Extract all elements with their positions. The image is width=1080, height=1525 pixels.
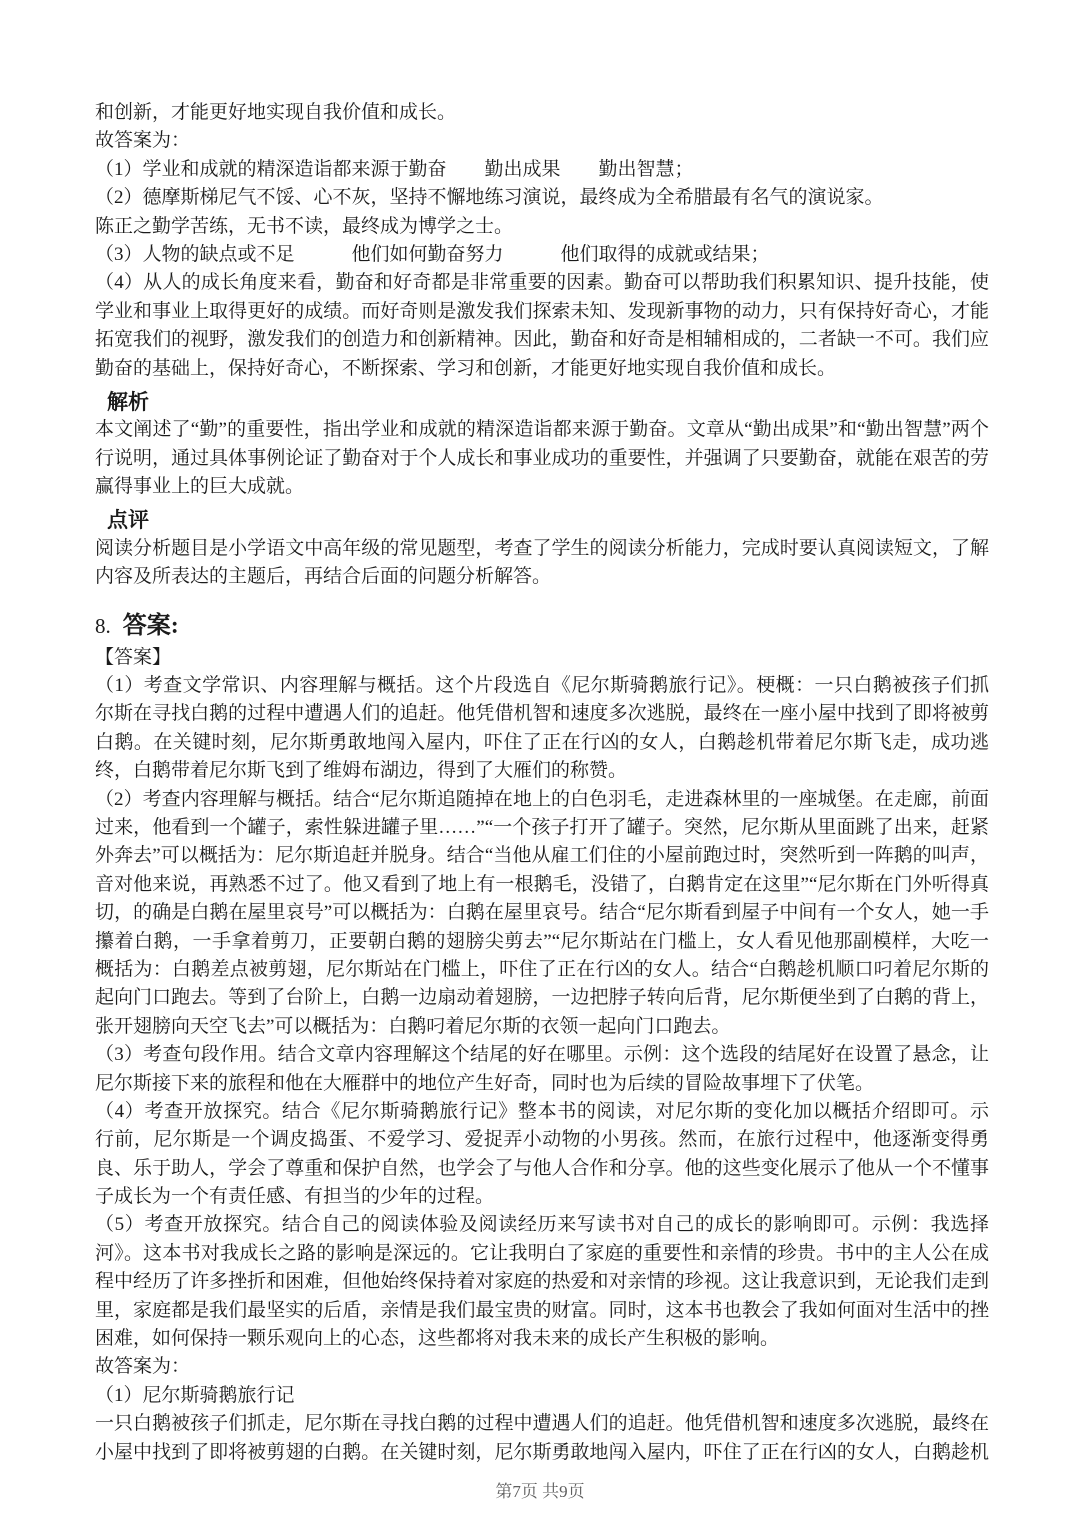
- text-line: （1）尼尔斯骑鹅旅行记: [95, 1382, 989, 1410]
- text-line: 外奔去”可以概括为：尼尔斯追赶并脱身。结合“当他从雇工们住的小屋前跑过时，突然听…: [95, 842, 989, 870]
- text-line: 攥着白鹅，一手拿着剪刀，正要朝白鹅的翅膀尖剪去”“尼尔斯站在门槛上，女人看见他那…: [95, 928, 989, 956]
- text-line: 赢得事业上的巨大成就。: [95, 473, 989, 501]
- text-line: 张开翅膀向天空飞去”可以概括为：白鹅叼着尼尔斯的衣领一起向门口跑去。: [95, 1013, 989, 1041]
- text-line: 切，的确是白鹅在屋里哀号”可以概括为：白鹅在屋里哀号。结合“尼尔斯看到屋子中间有…: [95, 899, 989, 927]
- text-line: 良、乐于助人，学会了尊重和保护自然，也学会了与他人合作和分享。他的这些变化展示了…: [95, 1155, 989, 1183]
- text-line: 过来，他看到一个罐子，索性躲进罐子里……”“一个孩子打开了罐子。突然，尼尔斯从里…: [95, 814, 989, 842]
- text-line: （4）考查开放探究。结合《尼尔斯骑鹅旅行记》整本书的阅读，对尼尔斯的变化加以概括…: [95, 1098, 989, 1126]
- question-number: 8.: [95, 614, 111, 638]
- text-line: 小屋中找到了即将被剪翅的白鹅。在关键时刻，尼尔斯勇敢地闯入屋内，吓住了正在行凶的…: [95, 1439, 989, 1467]
- text-line: 尔斯在寻找白鹅的过程中遭遇人们的追赶。他凭借机智和速度多次逃脱，最终在一座小屋中…: [95, 700, 989, 728]
- scanned-document-page: { "page": { "background": "#ffffff", "te…: [0, 0, 1080, 1525]
- text-line: 里，家庭都是我们最坚实的后盾，亲情是我们最宝贵的财富。同时，这本书也教会了我如何…: [95, 1297, 989, 1325]
- text-line: 困难，如何保持一颗乐观向上的心态，这些都将对我未来的成长产生积极的影响。: [95, 1325, 989, 1353]
- text-line: 一只白鹅被孩子们抓走，尼尔斯在寻找白鹅的过程中遭遇人们的追赶。他凭借机智和速度多…: [95, 1410, 989, 1438]
- text-line: 勤奋的基础上，保持好奇心，不断探索、学习和创新，才能更好地实现自我价值和成长。: [95, 355, 989, 383]
- text-line: 终，白鹅带着尼尔斯飞到了维姆布湖边，得到了大雁们的称赞。: [95, 757, 989, 785]
- text-line: 子成长为一个有责任感、有担当的少年的过程。: [95, 1183, 989, 1211]
- text-line: （2）德摩斯梯尼气不馁、心不灰，坚持不懈地练习演说，最终成为全希腊最有名气的演说…: [95, 184, 989, 212]
- text-line: 程中经历了许多挫折和困难，但他始终保持着对家庭的热爱和对亲情的珍视。这让我意识到…: [95, 1268, 989, 1296]
- text-line: 拓宽我们的视野，激发我们的创造力和创新精神。因此，勤奋和好奇是相辅相成的，二者缺…: [95, 326, 989, 354]
- text-line: 【答案】: [95, 644, 989, 672]
- text-line: 行前，尼尔斯是一个调皮捣蛋、不爱学习、爱捉弄小动物的小男孩。然而，在旅行过程中，…: [95, 1126, 989, 1154]
- text-line: 尼尔斯接下来的旅程和他在大雁群中的地位产生好奇，同时也为后续的冒险故事埋下了伏笔…: [95, 1070, 989, 1098]
- question-heading: 8.答案:: [95, 608, 989, 644]
- text-line: 和创新，才能更好地实现自我价值和成长。: [95, 99, 989, 127]
- text-line: 内容及所表达的主题后，再结合后面的问题分析解答。: [95, 563, 989, 591]
- text-line: （2）考查内容理解与概括。结合“尼尔斯追随掉在地上的白色羽毛，走进森林里的一座城…: [95, 786, 989, 814]
- section-heading: 解析: [95, 388, 989, 416]
- text-line: 河》。这本书对我成长之路的影响是深远的。它让我明白了家庭的重要性和亲情的珍贵。书…: [95, 1240, 989, 1268]
- text-line: 学业和事业上取得更好的成绩。而好奇则是激发我们探索未知、发现新事物的动力，只有保…: [95, 298, 989, 326]
- text-line: （4）从人的成长角度来看，勤奋和好奇都是非常重要的因素。勤奋可以帮助我们积累知识…: [95, 269, 989, 297]
- text-line: （3）人物的缺点或不足 他们如何勤奋努力 他们取得的成就或结果；: [95, 241, 989, 269]
- text-line: 概括为：白鹅差点被剪翅，尼尔斯站在门槛上，吓住了正在行凶的女人。结合“白鹅趁机顺…: [95, 956, 989, 984]
- text-line: （1）考查文学常识、内容理解与概括。这个片段选自《尼尔斯骑鹅旅行记》。梗概：一只…: [95, 672, 989, 700]
- question-label: 答案:: [123, 613, 179, 639]
- text-line: 阅读分析题目是小学语文中高年级的常见题型，考查了学生的阅读分析能力，完成时要认真…: [95, 535, 989, 563]
- text-line: （3）考查句段作用。结合文章内容理解这个结尾的好在哪里。示例：这个选段的结尾好在…: [95, 1041, 989, 1069]
- text-line: 故答案为：: [95, 127, 989, 155]
- text-line: 音对他来说，再熟悉不过了。他又看到了地上有一根鹅毛，没错了，白鹅肯定在这里”“尼…: [95, 871, 989, 899]
- text-line: 本文阐述了“勤”的重要性，指出学业和成就的精深造诣都来源于勤奋。文章从“勤出成果…: [95, 416, 989, 444]
- text-line: （1）学业和成就的精深造诣都来源于勤奋 勤出成果 勤出智慧；: [95, 156, 989, 184]
- section-heading: 点评: [95, 506, 989, 534]
- text-line: 行说明，通过具体事例论证了勤奋对于个人成长和事业成功的重要性，并强调了只要勤奋，…: [95, 445, 989, 473]
- text-line: 陈正之勤学苦练，无书不读，最终成为博学之士。: [95, 213, 989, 241]
- document-lines: 和创新，才能更好地实现自我价值和成长。故答案为：（1）学业和成就的精深造诣都来源…: [95, 99, 989, 1467]
- page-number-footer: 第7页 共9页: [0, 1477, 1080, 1502]
- text-line: 故答案为：: [95, 1353, 989, 1381]
- text-line: 起向门口跑去。等到了台阶上，白鹅一边扇动着翅膀，一边把脖子转向后背，尼尔斯便坐到…: [95, 984, 989, 1012]
- text-line: （5）考查开放探究。结合自己的阅读体验及阅读经历来写读书对自己的成长的影响即可。…: [95, 1211, 989, 1239]
- text-line: 白鹅。在关键时刻，尼尔斯勇敢地闯入屋内，吓住了正在行凶的女人，白鹅趁机带着尼尔斯…: [95, 729, 989, 757]
- document-page: 和创新，才能更好地实现自我价值和成长。故答案为：（1）学业和成就的精深造诣都来源…: [95, 99, 989, 1467]
